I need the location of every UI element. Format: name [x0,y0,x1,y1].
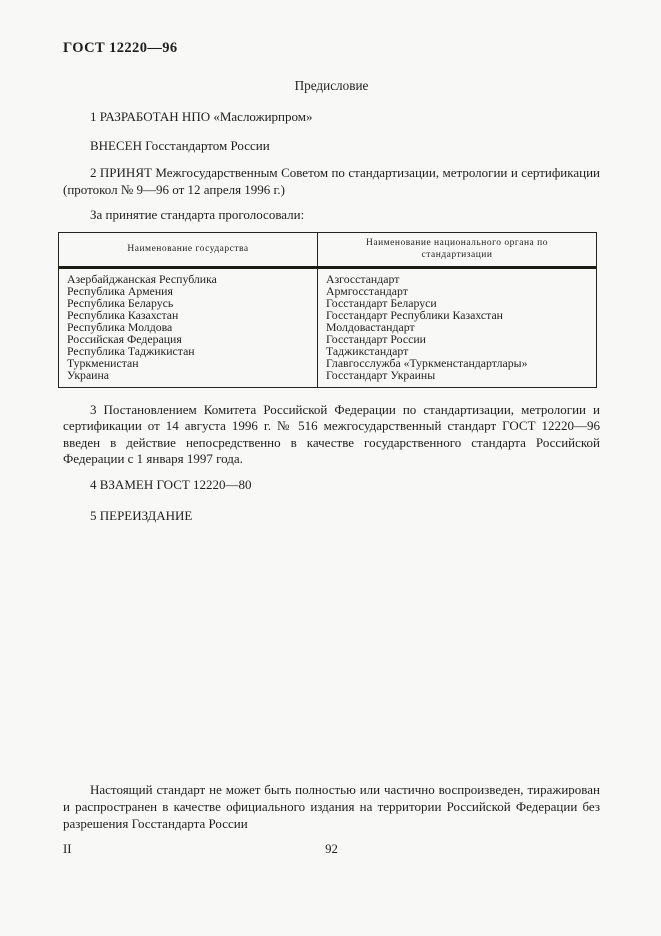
page-footer: Настоящий стандарт не может быть полност… [63,781,600,859]
table-header-org: Наименование национального органа по ста… [318,233,596,266]
table-row: Республика Таджикистан Таджикстандарт [59,345,596,357]
table-row: Российская Федерация Госстандарт России [59,333,596,345]
copyright-notice: Настоящий стандарт не может быть полност… [63,781,600,832]
country-cell: Азербайджанская Республика [59,269,318,285]
vote-table: Наименование государства Наименование на… [58,232,597,388]
country-cell: Республика Армения [59,285,318,297]
vote-table-header-row: Наименование государства Наименование на… [59,233,596,269]
page-content: ГОСТ 12220—96 Предисловие 1 РАЗРАБОТАН Н… [63,0,600,525]
country-cell: Республика Молдова [59,321,318,333]
doc-number: ГОСТ 12220—96 [63,0,600,57]
vote-table-body: Азербайджанская Республика Азгосстандарт… [59,269,596,387]
table-row: Азербайджанская Республика Азгосстандарт [59,269,596,285]
org-cell: Госстандарт Украины [318,369,596,387]
preface-title: Предисловие [63,78,600,94]
org-cell: Госстандарт Республики Казахстан [318,309,596,321]
org-cell: Молдовастандарт [318,321,596,333]
country-cell: Украина [59,369,318,387]
table-row: Республика Армения Армгосстандарт [59,285,596,297]
clause-3-enacted: 3 Постановлением Комитета Российской Фед… [63,402,600,468]
country-cell: Республика Казахстан [59,309,318,321]
country-cell: Российская Федерация [59,333,318,345]
country-cell: Республика Таджикистан [59,345,318,357]
table-row: Туркменистан Главгосслужба «Туркменстанд… [59,357,596,369]
table-row: Украина Госстандарт Украины [59,369,596,387]
org-cell: Главгосслужба «Туркменстандартлары» [318,357,596,369]
scanned-document-page: ГОСТ 12220—96 Предисловие 1 РАЗРАБОТАН Н… [0,0,661,936]
clause-2-adopted: 2 ПРИНЯТ Межгосударственным Советом по с… [63,165,600,198]
clause-4-replaces: 4 ВЗАМЕН ГОСТ 12220—80 [63,477,600,494]
country-cell: Туркменистан [59,357,318,369]
org-cell: Армгосстандарт [318,285,596,297]
table-row: Республика Казахстан Госстандарт Республ… [59,309,596,321]
org-cell: Азгосстандарт [318,269,596,285]
org-cell: Госстандарт России [318,333,596,345]
table-row: Республика Молдова Молдовастандарт [59,321,596,333]
page-number: 92 [63,842,600,857]
table-header-state: Наименование государства [59,233,318,266]
table-row: Республика Беларусь Госстандарт Беларуси [59,297,596,309]
org-cell: Таджикстандарт [318,345,596,357]
clause-1-developed: 1 РАЗРАБОТАН НПО «Масложирпром» [63,109,600,126]
clause-5-reissue: 5 ПЕРЕИЗДАНИЕ [63,508,600,525]
country-cell: Республика Беларусь [59,297,318,309]
page-number-line: II 92 [63,842,600,859]
clause-1-submitted: ВНЕСЕН Госстандартом России [63,138,600,155]
org-cell: Госстандарт Беларуси [318,297,596,309]
vote-intro: За принятие стандарта проголосовали: [63,207,600,224]
